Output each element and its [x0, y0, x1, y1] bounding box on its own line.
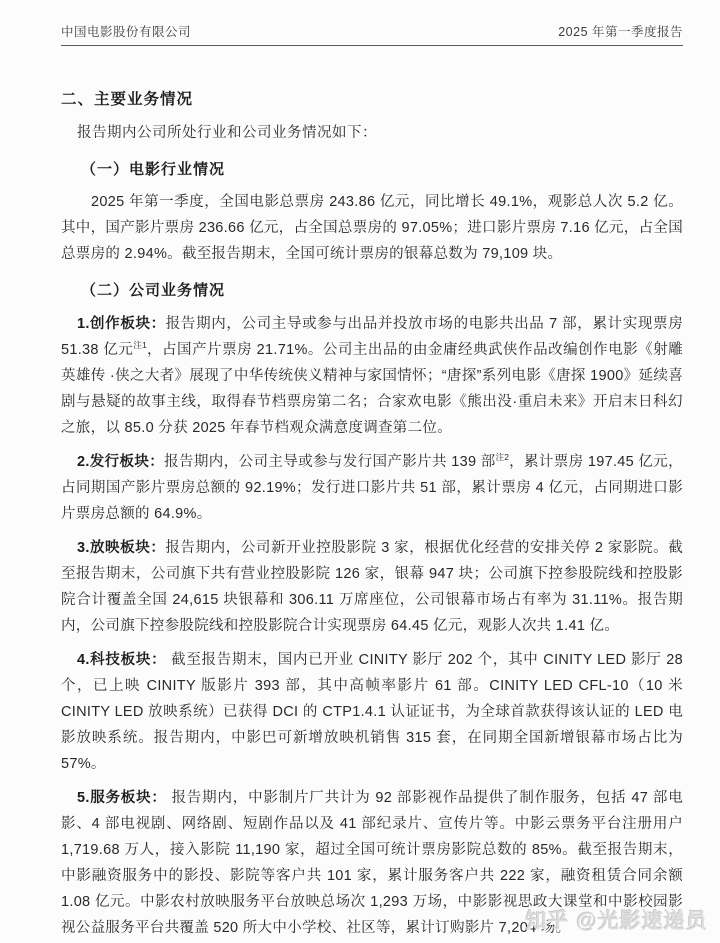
technology-block-label: 4.科技板块：: [77, 652, 166, 668]
subsection-industry-title: （一）电影行业情况: [61, 158, 683, 179]
distribution-block-label: 2.发行板块：: [77, 454, 164, 470]
subsection-company-title: （二）公司业务情况: [61, 279, 683, 300]
creative-block-text-continued: ，占国产片票房 21.71%。公司主出品的由金庸经典武侠作品改编创作电影《射雕英…: [61, 342, 683, 436]
page-header: 中国电影股份有限公司 2025 年第一季度报告: [61, 22, 683, 46]
section-title: 二、主要业务情况: [61, 87, 683, 109]
note-2-superscript: 注2: [496, 452, 509, 462]
zhihu-watermark: 知乎 @光影速递员: [526, 905, 708, 935]
exhibition-block-paragraph: 3.放映板块：报告期内，公司新开业控股影院 3 家，根据优化经营的安排关停 2 …: [61, 535, 683, 639]
creative-block-label: 1.创作板块：: [77, 316, 166, 332]
services-block-label: 5.服务板块：: [77, 790, 167, 806]
note-1-superscript: 注1: [133, 340, 146, 350]
intro-paragraph: 报告期内公司所处行业和公司业务情况如下：: [61, 120, 683, 146]
creative-block-paragraph: 1.创作板块：报告期内，公司主导或参与出品并投放市场的电影共出品 7 部，累计实…: [61, 311, 683, 441]
technology-block-paragraph: 4.科技板块： 截至报告期末，国内已开业 CINITY 影厅 202 个，其中 …: [61, 647, 683, 777]
header-company-name: 中国电影股份有限公司: [61, 22, 191, 40]
distribution-block-paragraph: 2.发行板块：报告期内，公司主导或参与发行国产影片共 139 部注2，累计票房 …: [61, 449, 683, 527]
report-page: 中国电影股份有限公司 2025 年第一季度报告 二、主要业务情况 报告期内公司所…: [0, 0, 720, 943]
technology-block-text: 截至报告期末，国内已开业 CINITY 影厅 202 个，其中 CINITY L…: [61, 652, 683, 772]
header-report-title: 2025 年第一季度报告: [558, 22, 683, 40]
industry-paragraph: 2025 年第一季度，全国电影总票房 243.86 亿元，同比增长 49.1%，…: [61, 189, 683, 267]
distribution-block-text: 报告期内，公司主导或参与发行国产影片共 139 部: [164, 454, 496, 470]
exhibition-block-label: 3.放映板块：: [77, 540, 165, 556]
